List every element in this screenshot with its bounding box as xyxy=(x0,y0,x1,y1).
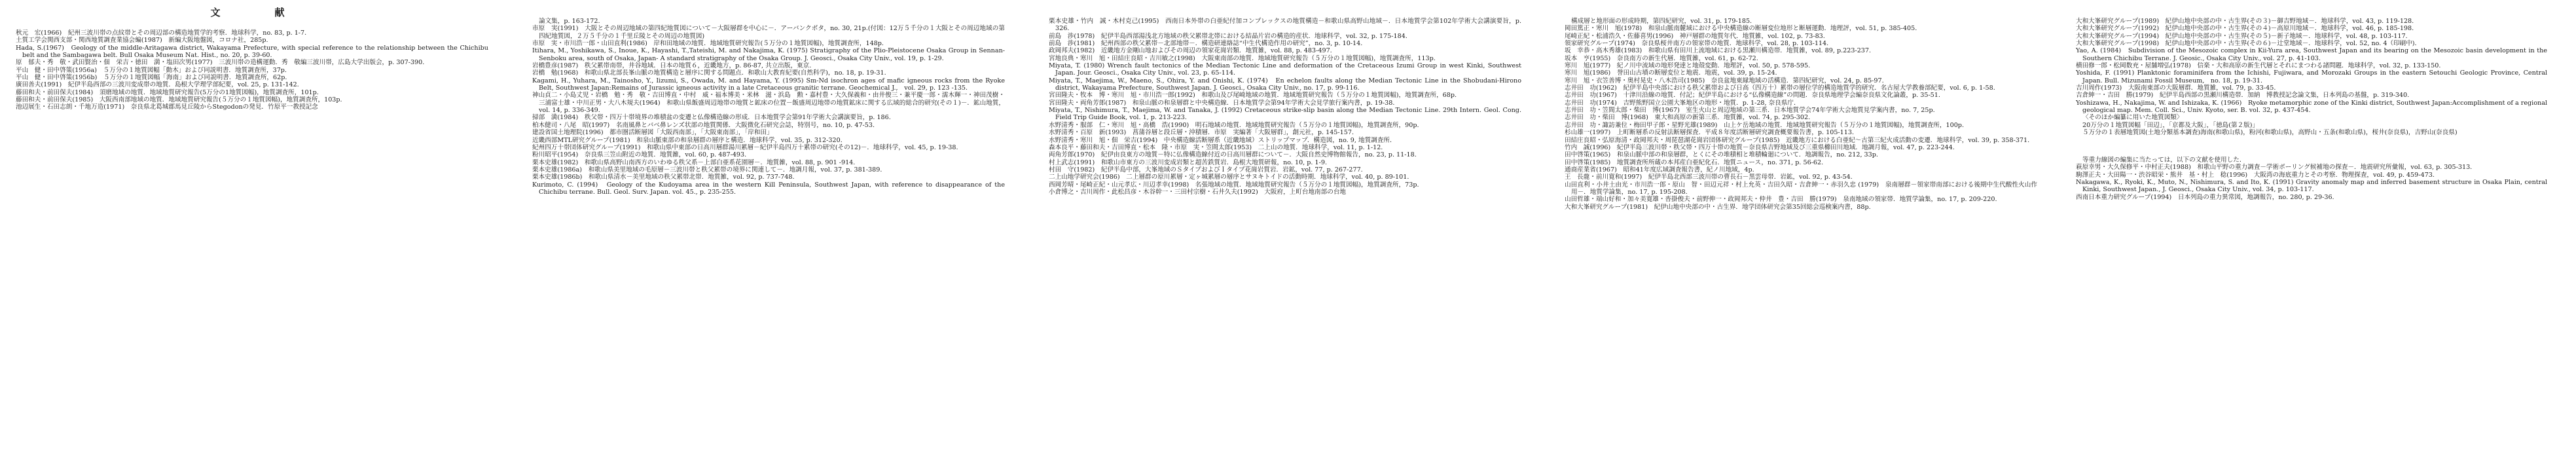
note-line: 20万分の１地質図幅「田辺」，「京都及大阪」，「徳島(第２版)」 xyxy=(2076,122,2547,129)
reference-continuation: 構成層と地形面の形成時期，第四紀研究，vol. 31, p. 179-185. xyxy=(1565,18,2037,25)
reference-entry: 平山 健・田中啓策(1956a) ５万分の１地質図幅「動木」および同説明書．地質… xyxy=(16,67,488,74)
reference-entry: 両角芳郎(1970) 紀伊由良東方の地質－特に仏像構造線付近の日高川層群について… xyxy=(1049,151,1521,158)
reference-entry: 駒澤正夫・大田陽一・渋谷昭栄・熊井 基・村上 稔(1996) 大阪湾の海底重力と… xyxy=(2076,172,2547,179)
reference-entry: 大和大峯研究グループ(1981) 紀伊山地中央部の中・古生界．地学団体研究会第3… xyxy=(1565,204,2037,211)
reference-entry: 政岡邦夫(1982) 近畿地方金剛山地およびその周辺の領家花崗岩類．地質雑，vo… xyxy=(1049,47,1521,54)
reference-entry: Nakagawa, K., Ryoki, K., Muto, N., Nishi… xyxy=(2076,179,2547,194)
reference-entry: 大和大峯研究グループ(1998) 紀伊山地中央部の中・古生界(その６)－辻堂地域… xyxy=(2076,40,2547,47)
spacer xyxy=(2076,143,2547,150)
reference-entry: 寒川 旭・衣笠善博・奥村晃史・八木浩司(1985) 奈良盆地東縁地域の活構造．第… xyxy=(1565,77,2037,84)
reference-entry: 水野清秀・百原 新(1993) 菖蒲谷層と段丘層・沖積層．市原 実編著「大阪層群… xyxy=(1049,129,1521,136)
reference-entry: 西南日本重力研究グループ(1994) 日本列島の重力異常図，地調報告，no. 2… xyxy=(2076,194,2547,201)
reference-entry: 二上山地学研究会(1986) 二上層群の原川累層・定ヶ城累層の層序とサヌキトイド… xyxy=(1049,174,1521,181)
reference-entry: 栗本史雄(1986b) 和歌山県清水－美里地域の秩父累帯北帯．地質雑，vol. … xyxy=(532,174,1005,181)
reference-column-4: 構成層と地形面の形成時期，第四紀研究，vol. 31, p. 179-185.岡… xyxy=(1565,18,2037,211)
reference-entry: 建設省国土地理院(1996) 都市圏活断層図「大阪西南部」，「大阪東南部」，「岸… xyxy=(532,129,1005,136)
reference-entry: 粉川昭平(1954) 奈良県三笠山附近の地質．地質雑，vol. 60, p. 4… xyxy=(532,151,1005,158)
reference-entry: 大和大峯研究グループ(1994) 紀伊山地中央部の中・古生界(その５)－新子地域… xyxy=(2076,33,2547,40)
reference-entry: 志井田 功・柴田 博(1968) 東大和高原の新第三系．地質雑，vol. 74,… xyxy=(1565,114,2037,121)
reference-entry: 吉倉紳一・吉田 勝(1979) 紀伊半島西部の黒瀬川構造帯．加納 博教授記念論文… xyxy=(2076,92,2547,99)
reference-entry: 岩橋 勉(1968) 和歌山県北部長峯山脈の地質構造と層序に関する問題点．和歌山… xyxy=(532,69,1005,77)
reference-entry: 横田修一郎・松岡数充・屋舗増弘(1978) 信楽・大和高原の新生代層とそれにまつ… xyxy=(2076,62,2547,69)
reference-entry: 坂 幸恭・高木秀雄(1983) 和歌山県有田川上流地域における黒瀬川構造帯．地質… xyxy=(1565,47,2037,54)
reference-entry: 通商産業省(1967) 昭和41年度広域調査報告書，紀ノ川地域，4p. xyxy=(1565,166,2037,174)
reference-entry: 柏木健司・八尾 昭(1997) 名南風鼻とバベ鼻レンズ状部の地質関係．大阪微化石… xyxy=(532,122,1005,129)
reference-entry: 領家研究グループ(1974) 奈良県桜井南方の領家帯の地質．地球科学，vol. … xyxy=(1565,40,2037,47)
reference-entry: 杉山雄一(1997) 上町断層系の反射法断層探査．平成８年度活断層研究調査概要報… xyxy=(1565,129,2037,136)
reference-entry: 坂本 亨(1955) 奈良南方の新生代層．地質雑，vol. 61, p. 62-… xyxy=(1565,55,2037,62)
note-line: 等重力線図の編集に当たっては，以下の文献を使用した． xyxy=(2076,156,2547,164)
reference-entry: 市原 実(1991) 大阪とその周辺地域の第四紀地質図について－大阪層群を中心に… xyxy=(532,25,1005,40)
reference-column-3: 栗本史雄・竹内 誠・木村克己(1995) 西南日本外帯の白亜紀付加コンプレックス… xyxy=(1049,18,1521,196)
reference-entry: Yao, A. (1984) Subdivision of the Mesozo… xyxy=(2076,47,2547,62)
reference-entry: 掃部 満(1984) 秩父帯・四万十帯境界の堆積盆の変遷と仏像構造線の形成．日本… xyxy=(532,114,1005,121)
reference-entry: 志井田 功・諏訪兼位・梅田甲子郎・星野光雄(1989) 山上ケ岳地域の地質．地域… xyxy=(1565,122,2037,129)
reference-entry: 山田哲雄・端山好和・加々美寛雄・沓掛俊夫・前野伸一・政岡邦夫・仲井 豊・吉田 勝… xyxy=(1565,196,2037,203)
reference-entry: 原 郁夫・秀 敬・武田賢治・佃 栄吉・徳田 満・塩田次男(1977) 三波川帯の… xyxy=(16,59,488,66)
note-line: ５万分の１表層地質図(土地分類基本調査)海南(和歌山県)，粉河(和歌山県)，高野… xyxy=(2076,129,2547,136)
reference-entry: 宮田隆夫・牧本 博・寒川 旭・市川浩一郎(1992) 和歌山及び尾崎地域の地質．… xyxy=(1049,92,1521,99)
reference-entry: 藤田和夫・前田保夫(1984) 須磨地域の地質．地域地質研究報告(5万分の1地質… xyxy=(16,89,488,96)
reference-column-1: 秋元 宏(1966) 紀州三波川帯の点紋帯とその周辺部の構造地質学的考察．地球科… xyxy=(16,29,488,111)
reference-entry: Hada, S.(1967) Geology of the middle-Ari… xyxy=(16,45,488,60)
reference-entry: 寒川 旭(1986) 誉田山古墳の断層変位と地震．地震，vol. 39, p. … xyxy=(1565,69,2037,77)
reference-entry: 栗本史雄(1982) 和歌山県高野山南西方のいわゆる秩父系－上部白亜系花園層－．… xyxy=(532,159,1005,166)
reference-entry: 田結庄良昭・弘原海清・政岡邦夫・周琵琶湖花崗岩団体研究グループ(1985) 近畿… xyxy=(1565,137,2037,144)
reference-entry: 田中啓策(1985) 地質調査所所蔵の本邦産白亜紀化石．地質ニュース，no. 3… xyxy=(1565,159,2037,166)
reference-entry: 紀州四万十帯団体研究グループ(1991) 和歌山県中東部の日高川層群湯川累層－紀… xyxy=(532,144,1005,151)
reference-entry: 水野清秀・服部 仁・寒川 旭・高橋 浩(1990) 明石地域の地質．地域地質研究… xyxy=(1049,122,1521,129)
reference-entry: 志井田 功(1974) 吉野熊野国立公園大峯地区の地形・地質．p. 1-28, … xyxy=(1565,100,2037,107)
reference-entry: 萩原幸男・大久保修平・中村正夫(1988) 和歌山平野の重力調査－学術ボーリング… xyxy=(2076,164,2547,171)
reference-entry: 秋元 宏(1966) 紀州三波川帯の点紋帯とその周辺部の構造地質学的考察．地球科… xyxy=(16,29,488,37)
reference-entry: 王 長龍・前川寛和(1997) 紀伊半島北西部三波川帯の曹長石－黒雲母帯．岩鉱，… xyxy=(1565,174,2037,181)
reference-entry: 志井田 功(1967) 十津川沿線の地質．付記；紀伊半島における“仏像構造線”の… xyxy=(1565,92,2037,99)
reference-entry: 前島 渉(1981) 紀州西部の秩父累帯－北部地帯－．構造研連絡誌“中生代構造作… xyxy=(1049,40,1521,47)
reference-entry: 市原 実・市川浩一郎・山田直利(1986) 岸和田地域の地質．地域地質研究報告(… xyxy=(532,40,1005,47)
reference-entry: 志井田 功(1962) 紀伊半島中央部における秩父累帯および日高（四万十）累帯の… xyxy=(1565,84,2037,92)
reference-entry: 吉川周作(1973) 大阪南東部の大阪層群．地質雑，vol. 79, p. 33… xyxy=(2076,84,2547,92)
reference-column-5: 大和大峯研究グループ(1989) 紀伊山地中央部の中・古生界(その３)－御吉野地… xyxy=(2076,18,2547,201)
reference-entry: 尾崎正紀・松浦浩久・佐藤喜男(1996) 神戸層群の地質年代．地質雑，vol. … xyxy=(1565,33,2037,40)
reference-entry: Itihara, M., Yoshikawa, S., Inoue, K., H… xyxy=(532,47,1005,62)
reference-entry: 森本良平・藤田和夫・吉田博直・松本 隆・市原 実・笠間太郎(1953) 二上山の… xyxy=(1049,144,1521,151)
reference-entry: 前島 渉(1978) 紀伊半島西部湯浅北方地域の秩父累帯北帯における結晶片岩の構… xyxy=(1049,33,1521,40)
reference-entry: 寒川 旭(1977) 紀ノ川中流域の地形発達と地殻変動．地理評，vol. 50,… xyxy=(1565,62,2037,69)
reference-entry: 岡田篤正・寒川 旭(1978) 和泉山脈南麓域における中央構造線の断層変位地形と… xyxy=(1565,25,2037,32)
reference-entry: 西岡芳晴・尾崎正紀・山元孝広・川辺孝幸(1998) 名張地域の地質．地域地質研究… xyxy=(1049,181,1521,189)
reference-entry: 水野清秀・寒川 旭・佃 栄吉(1994) 中央構造線活断層系（近畿地域）ストリッ… xyxy=(1049,137,1521,144)
reference-entry: 村上武志(1991) 和歌山市東方の三波川変成岩類と超苦鉄質岩．島根大地質研報，… xyxy=(1049,159,1521,166)
reference-entry: Miyata, T., Nishimura, T., Maejima, W. a… xyxy=(1049,107,1521,122)
section-subheading: 〈そのほか編纂に用いた地質図類〉 xyxy=(2076,114,2547,121)
reference-entry: 大和大峯研究グループ(1989) 紀伊山地中央部の中・古生界(その３)－御吉野地… xyxy=(2076,18,2547,25)
reference-entry: 平山 健・田中啓策(1956b) ５万分の１地質図幅「海南」および同説明書．地質… xyxy=(16,74,488,81)
reference-entry: 小倉博之・吉川周作・此松昌彦・木谷幹一・三田村宗樹・石井久夫(1992) 大阪府… xyxy=(1049,189,1521,196)
reference-entry: 近畿西部MTL研究グループ(1981) 和泉山脈東部の和泉層群の層序と構造．地球… xyxy=(532,137,1005,144)
reference-entry: 竹内 誠(1996) 紀伊半島三波川帯・秩父帯・四万十帯の地質－奈良県吉野地域及… xyxy=(1565,144,2037,151)
reference-entry: Miyata, T. (1980) Wrench fault tectonics… xyxy=(1049,62,1521,77)
reference-entry: 大和大峯研究グループ(1992) 紀伊山地中央部の中・古生界(その４)－高原川地… xyxy=(2076,25,2547,32)
reference-entry: 栗本史雄(1986a) 和歌山県美里地域の毛原層－三波川帯と秩父累帯の境界に関連… xyxy=(532,166,1005,174)
reference-continuation: 論文集，p. 163-172. xyxy=(532,18,1005,25)
reference-entry: 神山貞二・小島丈児・岩橋 勉・秀 敬・吉田博直・中村 威・福本博美・米林 滋・浜… xyxy=(532,92,1005,114)
reference-entry: Yoshida, F. (1991) Planktonic foraminife… xyxy=(2076,69,2547,84)
page-title: 文 献 xyxy=(0,5,517,19)
reference-entry: 田中啓策(1965) 和泉山脈中部の和泉層群，とくにその堆積相と堆積輪廻について… xyxy=(1565,151,2037,158)
reference-entry: 山田直利・小井土由光・市川浩一郎・原山 智・田辺元祥・村上允英・吉田久昭・吉倉紳… xyxy=(1565,181,2037,196)
reference-entry: 宮田隆夫・両角芳郎(1987) 和泉山脈の和泉層群と中央構造線．日本地質学会第9… xyxy=(1049,100,1521,107)
reference-entry: 藤田和夫・前田保夫(1985) 大阪西南部地域の地質．地域地質研究報告(５万分の… xyxy=(16,96,488,103)
reference-entry: 廣田善夫(1991) 紀伊半島西部の三波川変成帯の地質．島根大学理学部紀要，vo… xyxy=(16,81,488,88)
reference-entry: 栗本史雄・竹内 誠・木村克己(1995) 西南日本外帯の白亜紀付加コンプレックス… xyxy=(1049,18,1521,33)
reference-entry: Yoshizawa, H., Nakajima, W. and Ishizaka… xyxy=(2076,100,2547,115)
reference-entry: Miyata, T., Maejima, W., Maeno, S., Ohir… xyxy=(1049,77,1521,92)
reference-column-2: 論文集，p. 163-172.市原 実(1991) 大阪とその周辺地域の第四紀地… xyxy=(532,18,1005,196)
reference-entry: 村田 守(1982) 紀伊半島中部，大峯地域のＳタイプおよびＩタイプ花崗岩質岩．… xyxy=(1049,166,1521,174)
reference-entry: Kurimoto, C. (1994) Geology of the Kudoy… xyxy=(532,181,1005,196)
reference-entry: 土質工学会関西支部・関西地質調査業協会編(1987) 新編大阪地盤図，コロナ社，… xyxy=(16,37,488,44)
reference-entry: 岩橋豊彦(1987) 秩父累帯南帯，井谷地域．日本の地質６，近畿地方，p. 86… xyxy=(532,62,1005,69)
reference-entry: 宮地良典・寒川 旭・田結庄良昭・吉川敏之(1998) 大阪東南部の地質．地域地質… xyxy=(1049,55,1521,62)
reference-entry: 志井田 功・笠間太郎・柴田 博(1967) 室生火山と周辺地域の第三系．日本地質… xyxy=(1565,107,2037,114)
reference-entry: Kagami, H., Yuhara, M., Tainosho, Y., Ii… xyxy=(532,77,1005,92)
reference-entry: 池辺展生・石田志朗・千地万造(1971) 奈良県北葛城郡馬見丘陵からStegod… xyxy=(16,103,488,111)
